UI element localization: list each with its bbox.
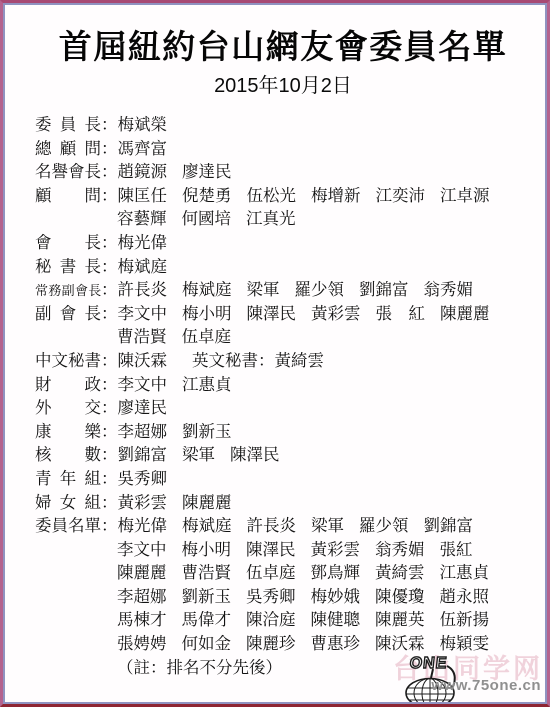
footnote: （註：排名不分先後）: [117, 658, 282, 677]
member-name: 江奕沛: [376, 186, 426, 205]
secondary-role: 英文秘書：黃綺雲: [192, 351, 339, 370]
member-name: 梅增新: [311, 186, 361, 205]
role-label: 常務副會長: [35, 279, 101, 303]
member-name: 陳沃霖: [118, 351, 168, 370]
member-name: 江卓源: [440, 186, 490, 205]
member-name: 梅斌庭: [182, 516, 232, 535]
member-name: 趙永照: [440, 587, 490, 606]
roster-row-continuation: 李超娜劉新玉吳秀卿梅妙娥陳優瓊趙永照: [35, 585, 531, 609]
member-name: 吳秀卿: [118, 469, 168, 488]
member-name: 羅少領: [359, 516, 409, 535]
member-name: 陳麗珍: [246, 634, 296, 653]
colon: ：: [101, 491, 118, 515]
roster-row: 總顧問：馮齊富: [35, 137, 531, 161]
roster-row: 財政：李文中江惠貞: [35, 373, 531, 397]
colon: ：: [101, 420, 118, 444]
member-name: 劉錦富: [118, 445, 168, 464]
member-name: 伍松光: [247, 186, 297, 205]
roster-row: 副會長：李文中梅小明陳澤民黃彩雲張 紅陳麗麗: [35, 302, 531, 326]
member-name: 黃綺雲: [275, 351, 325, 370]
colon: ：: [258, 349, 275, 373]
role-label: 婦女組: [35, 491, 101, 515]
member-name: 李文中: [118, 375, 168, 394]
role-label: 會長: [35, 231, 101, 255]
roster-row: 委員長：梅斌榮: [35, 113, 531, 137]
member-name: 曹浩賢: [117, 327, 167, 346]
roster-row: 中文秘書：陳沃霖英文秘書：黃綺雲: [35, 349, 531, 373]
member-name: 李超娜: [117, 587, 167, 606]
roster-row: 會長：梅光偉: [35, 231, 531, 255]
roster-row-continuation: 曹浩賢伍卓庭: [35, 325, 531, 349]
colon: ：: [101, 396, 118, 420]
roster-row: 委員名單：梅光偉梅斌庭許長炎梁軍羅少領劉錦富: [35, 514, 531, 538]
roster-row: 外交：廖達民: [35, 396, 531, 420]
member-name: 劉新玉: [182, 587, 232, 606]
member-name: 梅斌庭: [182, 280, 232, 299]
member-name: 江惠貞: [182, 375, 232, 394]
document-page: 首屆紐約台山網友會委員名單 2015年10月2日 委員長：梅斌榮總顧問：馮齊富名…: [3, 3, 547, 704]
roster-row: 婦女組：黃彩雲陳麗麗: [35, 491, 531, 515]
colon: ：: [101, 302, 118, 326]
roster-row: 名譽會長：趙鏡源廖達民: [35, 160, 531, 184]
member-name: 陳麗英: [375, 610, 425, 629]
member-name: 翁秀媚: [375, 540, 425, 559]
page-frame: 首屆紐約台山網友會委員名單 2015年10月2日 委員長：梅斌榮總顧問：馮齊富名…: [0, 0, 550, 707]
role-label: 外交: [35, 396, 101, 420]
member-name: 倪楚勇: [182, 186, 232, 205]
member-name: 趙鏡源: [118, 162, 168, 181]
member-name: 廖達民: [182, 162, 232, 181]
member-name: 劉錦富: [359, 280, 409, 299]
member-name: 江惠貞: [440, 563, 490, 582]
member-name: 容藝輝: [117, 209, 167, 228]
member-name: 黃彩雲: [311, 540, 361, 559]
member-name: 梅小明: [182, 304, 232, 323]
member-name: 梁軍: [311, 516, 344, 535]
roster-row-continuation: 陳麗麗曹浩賢伍卓庭鄧鳥輝黃綺雲江惠貞: [35, 561, 531, 585]
member-name: 陳澤民: [230, 445, 280, 464]
role-label: 財政: [35, 373, 101, 397]
member-name: 羅少領: [295, 280, 345, 299]
member-name: 黃綺雲: [375, 563, 425, 582]
member-name: 何如金: [182, 634, 232, 653]
role-label: 名譽會長: [35, 160, 101, 184]
roster-row: 顧問：陳匡任倪楚勇伍松光梅增新江奕沛江卓源: [35, 184, 531, 208]
role-label: 核數: [35, 443, 101, 467]
role-label: 康樂: [35, 420, 101, 444]
member-name: 陳澤民: [246, 540, 296, 559]
colon: ：: [101, 467, 118, 491]
member-name: 鄧鳥輝: [311, 563, 361, 582]
member-name: 張娉娉: [117, 634, 167, 653]
member-name: 許長炎: [247, 516, 297, 535]
roster-row: 青年組：吳秀卿: [35, 467, 531, 491]
page-title: 首屆紐約台山網友會委員名單: [35, 25, 531, 71]
colon: ：: [101, 255, 118, 279]
colon: ：: [101, 137, 118, 161]
member-name: 梅小明: [182, 540, 232, 559]
member-name: 陳匡任: [118, 186, 168, 205]
member-name: 陳健聰: [311, 610, 361, 629]
roster-list: 委員長：梅斌榮總顧問：馮齊富名譽會長：趙鏡源廖達民顧問：陳匡任倪楚勇伍松光梅增新…: [35, 113, 531, 656]
member-name: 伍卓庭: [246, 563, 296, 582]
colon: ：: [101, 184, 118, 208]
member-name: 黃彩雲: [311, 304, 361, 323]
member-name: 梁軍: [247, 280, 280, 299]
member-name: 伍卓庭: [182, 327, 232, 346]
colon: ：: [101, 514, 118, 538]
member-name: 馮齊富: [118, 139, 168, 158]
role-label: 秘書長: [35, 255, 101, 279]
role-label: 顧問: [35, 184, 101, 208]
roster-row: 核數：劉錦富梁軍陳澤民: [35, 443, 531, 467]
colon: ：: [101, 373, 118, 397]
role-label: 中文秘書: [35, 349, 101, 373]
roster-row: 秘書長：梅斌庭: [35, 255, 531, 279]
member-name: 許長炎: [118, 280, 168, 299]
member-name: 馬偉才: [182, 610, 232, 629]
member-name: 張 紅: [376, 304, 426, 323]
member-name: 翁秀媚: [424, 280, 474, 299]
member-name: 陳麗麗: [182, 493, 232, 512]
member-name: 張紅: [440, 540, 473, 559]
role-label: 委員名單: [35, 514, 101, 538]
member-name: 陳麗麗: [117, 563, 167, 582]
member-name: 李超娜: [118, 422, 168, 441]
member-name: 廖達民: [118, 398, 168, 417]
colon: ：: [101, 349, 118, 373]
colon: ：: [101, 443, 118, 467]
role-label: 青年組: [35, 467, 101, 491]
member-name: 馬棟才: [117, 610, 167, 629]
document-date: 2015年10月2日: [35, 71, 531, 101]
roster-row-continuation: 容藝輝何國培江真光: [35, 207, 531, 231]
colon: ：: [101, 278, 118, 302]
role-label: 英文秘書: [192, 349, 258, 373]
role-label: 總顧問: [35, 137, 101, 161]
member-name: 梅斌庭: [118, 257, 168, 276]
member-name: 陳澤民: [247, 304, 297, 323]
watermark-url: www.75one.cn: [431, 677, 541, 694]
member-name: 梅妙娥: [311, 587, 361, 606]
member-name: 陳優瓊: [375, 587, 425, 606]
member-name: 梅斌榮: [118, 115, 168, 134]
member-name: 梅光偉: [118, 233, 168, 252]
member-name: 李文中: [118, 304, 168, 323]
member-name: 李文中: [117, 540, 167, 559]
roster-row: 常務副會長：許長炎梅斌庭梁軍羅少領劉錦富翁秀媚: [35, 278, 531, 302]
member-name: 曹惠珍: [311, 634, 361, 653]
member-name: 伍新揚: [440, 610, 490, 629]
role-label: 委員長: [35, 113, 101, 137]
role-label: 副會長: [35, 302, 101, 326]
colon: ：: [101, 231, 118, 255]
member-name: 陳麗麗: [440, 304, 490, 323]
member-name: 陳洽庭: [246, 610, 296, 629]
member-name: 江真光: [246, 209, 296, 228]
one-logo-text: ONE: [409, 654, 449, 672]
member-name: 何國培: [182, 209, 232, 228]
colon: ：: [101, 113, 118, 137]
member-name: 黃彩雲: [118, 493, 168, 512]
member-name: 梁軍: [182, 445, 215, 464]
member-name: 梅光偉: [118, 516, 168, 535]
roster-row-continuation: 馬棟才馬偉才陳洽庭陳健聰陳麗英伍新揚: [35, 608, 531, 632]
member-name: 吳秀卿: [246, 587, 296, 606]
member-name: 劉新玉: [182, 422, 232, 441]
roster-row: 康樂：李超娜劉新玉: [35, 420, 531, 444]
colon: ：: [101, 160, 118, 184]
roster-row-continuation: 李文中梅小明陳澤民黃彩雲翁秀媚張紅: [35, 538, 531, 562]
member-name: 劉錦富: [424, 516, 474, 535]
member-name: 曹浩賢: [182, 563, 232, 582]
